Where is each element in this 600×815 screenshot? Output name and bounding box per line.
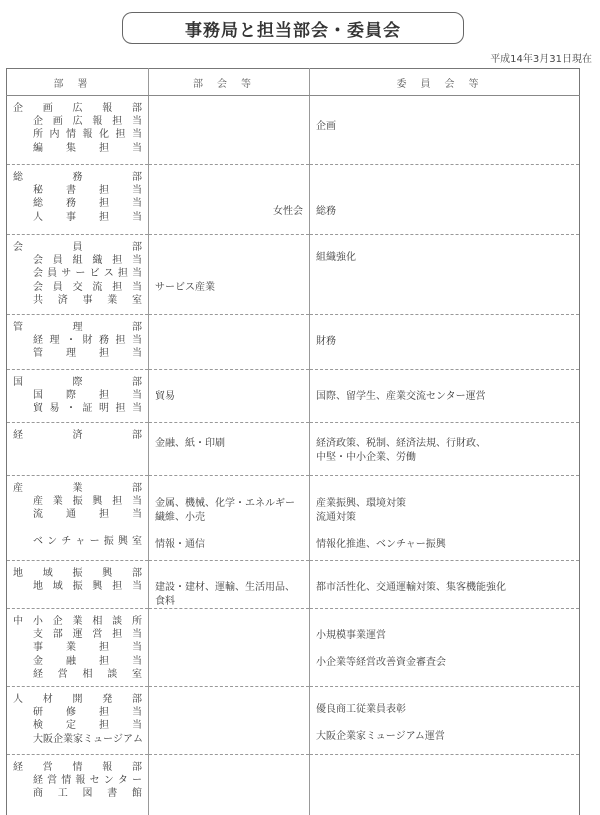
committee-name: 総務 xyxy=(316,205,573,219)
committee-name: 国際、留学生、産業交流センター運営 xyxy=(316,390,573,404)
table-header-row: 部署 部会等 委員会等 xyxy=(7,69,580,96)
department-cell: 経済部 xyxy=(7,423,149,476)
table-body: 企画広報部企画広報担当所内情報化担当編集担当企画総務部秘書担当総務担当人事担当女… xyxy=(7,96,580,815)
committee-cell: 経済政策、税制、経済法規、行財政、中堅・中小企業、労働 xyxy=(310,423,580,476)
department-name: 企画広報部 xyxy=(13,102,142,115)
table-row: 中小企業相談所支部運営担当事業担当金融担当経営相談室小規模事業運営 小企業等経営… xyxy=(7,609,580,687)
subcommittee-cell: サービス産業 xyxy=(149,235,310,315)
committee-name: 都市活性化、交通運輸対策、集客機能強化 xyxy=(316,581,573,595)
table-row: 国際部国際担当貿易・証明担当貿易国際、留学生、産業交流センター運営 xyxy=(7,370,580,423)
table-row: 産業部産業振興担当流通担当 ベンチャー振興室金属、機械、化学・エネルギー繊維、小… xyxy=(7,476,580,561)
subcommittee-name: 貿易 xyxy=(155,390,303,404)
subcommittee-cell: 建設・建材、運輸、生活用品、食料 xyxy=(149,561,310,609)
section-name: 支部運営担当 xyxy=(33,628,142,641)
subcommittee-name: 情報・通信 xyxy=(155,538,303,552)
subcommittee-cell: 金融、紙・印刷 xyxy=(149,423,310,476)
department-name: 産業部 xyxy=(13,482,142,495)
section-name: 経理・財務担当 xyxy=(33,334,142,347)
table-row: 経営情報部経営情報センター商工図書館 xyxy=(7,755,580,815)
section-name: 企画広報担当 xyxy=(33,115,142,128)
table-row: 企画広報部企画広報担当所内情報化担当編集担当企画 xyxy=(7,96,580,165)
department-cell: 中小企業相談所支部運営担当事業担当金融担当経営相談室 xyxy=(7,609,149,687)
subcommittee-cell xyxy=(149,609,310,687)
section-name: 共済事業室 xyxy=(33,294,142,307)
committee-name: 経済政策、税制、経済法規、行財政、 xyxy=(316,437,573,451)
page-title: 事務局と担当部会・委員会 xyxy=(122,12,464,44)
department-cell: 地域振興部地域振興担当 xyxy=(7,561,149,609)
section-name: 産業振興担当 xyxy=(33,495,142,508)
committee-name: 小規模事業運営 xyxy=(316,629,573,643)
subcommittee-cell xyxy=(149,755,310,815)
committee-cell: 総務 xyxy=(310,165,580,235)
subcommittee-name: 金属、機械、化学・エネルギー xyxy=(155,497,303,511)
organization-table: 部署 部会等 委員会等 企画広報部企画広報担当所内情報化担当編集担当企画総務部秘… xyxy=(6,68,580,815)
table-row: 経済部金融、紙・印刷経済政策、税制、経済法規、行財政、中堅・中小企業、労働 xyxy=(7,423,580,476)
section-name: 流通担当 xyxy=(33,508,142,521)
department-name: 管理部 xyxy=(13,321,142,334)
committee-cell: 組織強化 xyxy=(310,235,580,315)
section-name: 秘書担当 xyxy=(33,184,142,197)
section-name: 貿易・証明担当 xyxy=(33,402,142,415)
committee-name: 企画 xyxy=(316,120,573,134)
subcommittee-cell: 貿易 xyxy=(149,370,310,423)
committee-cell: 優良商工従業員表彰 大阪企業家ミュージアム運営 xyxy=(310,687,580,755)
section-name: 経営相談室 xyxy=(33,668,142,681)
section-name: 国際担当 xyxy=(33,389,142,402)
department-name: 人材開発部 xyxy=(13,693,142,706)
section-name: 大阪企業家ミュージアム xyxy=(33,733,142,746)
committee-cell: 財務 xyxy=(310,315,580,370)
department-cell: 産業部産業振興担当流通担当 ベンチャー振興室 xyxy=(7,476,149,561)
section-name: 総務担当 xyxy=(33,197,142,210)
committee-cell: 企画 xyxy=(310,96,580,165)
subcommittee-cell: 金属、機械、化学・エネルギー繊維、小売 情報・通信 xyxy=(149,476,310,561)
table-row: 会員部会員組織担当会員サービス担当会員交流担当共済事業室サービス産業組織強化 xyxy=(7,235,580,315)
committee-name: 産業振興、環境対策 xyxy=(316,497,573,511)
subcommittee-name: 金融、紙・印刷 xyxy=(155,437,303,451)
department-cell: 総務部秘書担当総務担当人事担当 xyxy=(7,165,149,235)
section-name: 研修担当 xyxy=(33,706,142,719)
department-cell: 経営情報部経営情報センター商工図書館 xyxy=(7,755,149,815)
committee-cell: 都市活性化、交通運輸対策、集客機能強化 xyxy=(310,561,580,609)
subcommittee-cell xyxy=(149,315,310,370)
header-committees: 委員会等 xyxy=(310,69,580,96)
section-name: 管理担当 xyxy=(33,347,142,360)
committee-name: 優良商工従業員表彰 xyxy=(316,703,573,717)
section-name: 会員交流担当 xyxy=(33,281,142,294)
section-name: 人事担当 xyxy=(33,211,142,224)
section-name: 会員サービス担当 xyxy=(33,267,142,280)
as-of-date: 平成14年3月31日現在 xyxy=(490,50,592,65)
header-subcommittees: 部会等 xyxy=(149,69,310,96)
department-name: 国際部 xyxy=(13,376,142,389)
section-name: 編集担当 xyxy=(33,142,142,155)
table-row: 総務部秘書担当総務担当人事担当女性会総務 xyxy=(7,165,580,235)
table-row: 人材開発部研修担当検定担当大阪企業家ミュージアム優良商工従業員表彰 大阪企業家ミ… xyxy=(7,687,580,755)
section-name: ベンチャー振興室 xyxy=(33,535,142,548)
department-name: 総務部 xyxy=(13,171,142,184)
committee-name: 情報化推進、ベンチャー振興 xyxy=(316,538,573,552)
department-cell: 会員部会員組織担当会員サービス担当会員交流担当共済事業室 xyxy=(7,235,149,315)
section-name: 経営情報センター xyxy=(33,774,142,787)
department-name: 経済部 xyxy=(13,429,142,442)
committee-name: 小企業等経営改善資金審査会 xyxy=(316,656,573,670)
department-name: 経営情報部 xyxy=(13,761,142,774)
department-cell: 人材開発部研修担当検定担当大阪企業家ミュージアム xyxy=(7,687,149,755)
committee-name xyxy=(316,524,573,538)
section-name: 地域振興担当 xyxy=(33,580,142,593)
committee-name: 流通対策 xyxy=(316,511,573,525)
subcommittee-cell xyxy=(149,687,310,755)
subcommittee-cell: 女性会 xyxy=(149,165,310,235)
section-name: 事業担当 xyxy=(33,641,142,654)
table-row: 管理部経理・財務担当管理担当財務 xyxy=(7,315,580,370)
committee-name xyxy=(316,643,573,657)
section-name: 検定担当 xyxy=(33,719,142,732)
committee-cell xyxy=(310,755,580,815)
section-name xyxy=(33,522,142,535)
section-name: 金融担当 xyxy=(33,655,142,668)
header-department: 部署 xyxy=(7,69,149,96)
department-cell: 企画広報部企画広報担当所内情報化担当編集担当 xyxy=(7,96,149,165)
committee-name: 組織強化 xyxy=(316,251,573,265)
committee-cell: 国際、留学生、産業交流センター運営 xyxy=(310,370,580,423)
section-name: 商工図書館 xyxy=(33,787,142,800)
department-name: 会員部 xyxy=(13,241,142,254)
department-cell: 管理部経理・財務担当管理担当 xyxy=(7,315,149,370)
department-name: 中小企業相談所 xyxy=(13,615,142,628)
department-name: 地域振興部 xyxy=(13,567,142,580)
subcommittee-name: 建設・建材、運輸、生活用品、食料 xyxy=(155,581,303,608)
subcommittee-name xyxy=(155,524,303,538)
committee-name: 大阪企業家ミュージアム運営 xyxy=(316,730,573,744)
section-name: 会員組織担当 xyxy=(33,254,142,267)
section-name: 所内情報化担当 xyxy=(33,128,142,141)
committee-name: 中堅・中小企業、労働 xyxy=(316,451,573,465)
subcommittee-name: 女性会 xyxy=(155,205,303,219)
committee-cell: 小規模事業運営 小企業等経営改善資金審査会 xyxy=(310,609,580,687)
committee-name: 財務 xyxy=(316,335,573,349)
department-cell: 国際部国際担当貿易・証明担当 xyxy=(7,370,149,423)
committee-name xyxy=(316,717,573,731)
committee-cell: 産業振興、環境対策流通対策 情報化推進、ベンチャー振興 xyxy=(310,476,580,561)
subcommittee-name: サービス産業 xyxy=(155,281,303,295)
table-row: 地域振興部地域振興担当建設・建材、運輸、生活用品、食料都市活性化、交通運輸対策、… xyxy=(7,561,580,609)
subcommittee-cell xyxy=(149,96,310,165)
subcommittee-name: 繊維、小売 xyxy=(155,511,303,525)
